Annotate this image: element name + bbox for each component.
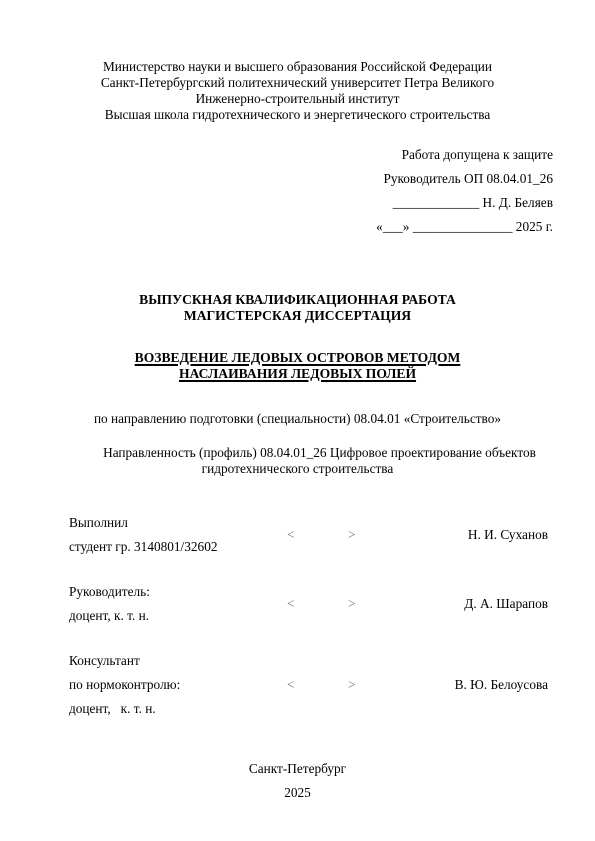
- signature-name: Д. А. Шарапов: [464, 596, 548, 612]
- approval-date-line: «___» _______________ 2025 г.: [376, 219, 553, 235]
- school-line: Высшая школа гидротехнического и энергет…: [0, 107, 595, 123]
- signature-label: по нормоконтролю:: [69, 677, 180, 693]
- signature-label: Выполнил: [69, 515, 128, 531]
- signature-close-bracket: >: [348, 677, 356, 693]
- supervisor-role: Руководитель ОП 08.04.01_26: [383, 171, 553, 187]
- supervisor-signature-line: _____________ Н. Д. Беляев: [393, 195, 553, 211]
- profile-line-1: Направленность (профиль) 08.04.01_26 Циф…: [22, 445, 595, 461]
- signature-label: Руководитель:: [69, 584, 150, 600]
- degree-line: МАГИСТЕРСКАЯ ДИССЕРТАЦИЯ: [0, 308, 595, 324]
- signature-open-bracket: <: [287, 677, 295, 693]
- signature-close-bracket: >: [348, 596, 356, 612]
- city-text: Санкт-Петербург: [0, 761, 595, 777]
- work-type-line: ВЫПУСКНАЯ КВАЛИФИКАЦИОННАЯ РАБОТА: [0, 292, 595, 308]
- signature-open-bracket: <: [287, 596, 295, 612]
- institute-line: Инженерно-строительный институт: [0, 91, 595, 107]
- signature-close-bracket: >: [348, 527, 356, 543]
- signature-label: студент гр. 3140801/32602: [69, 539, 218, 555]
- signature-label: доцент, к. т. н.: [69, 701, 156, 717]
- signature-label: доцент, к. т. н.: [69, 608, 149, 624]
- topic-line-2: НАСЛАИВАНИЯ ЛЕДОВЫХ ПОЛЕЙ: [179, 366, 416, 381]
- profile-line-2: гидротехнического строительства: [0, 461, 595, 477]
- topic-line-1: ВОЗВЕДЕНИЕ ЛЕДОВЫХ ОСТРОВОВ МЕТОДОМ: [135, 350, 461, 365]
- year-text: 2025: [0, 785, 595, 801]
- ministry-line: Министерство науки и высшего образования…: [0, 59, 595, 75]
- university-line: Санкт-Петербургский политехнический унив…: [0, 75, 595, 91]
- signature-label: Консультант: [69, 653, 140, 669]
- signature-name: В. Ю. Белоусова: [455, 677, 548, 693]
- signature-open-bracket: <: [287, 527, 295, 543]
- admitted-text: Работа допущена к защите: [402, 147, 553, 163]
- direction-text: по направлению подготовки (специальности…: [0, 411, 595, 427]
- signature-name: Н. И. Суханов: [468, 527, 548, 543]
